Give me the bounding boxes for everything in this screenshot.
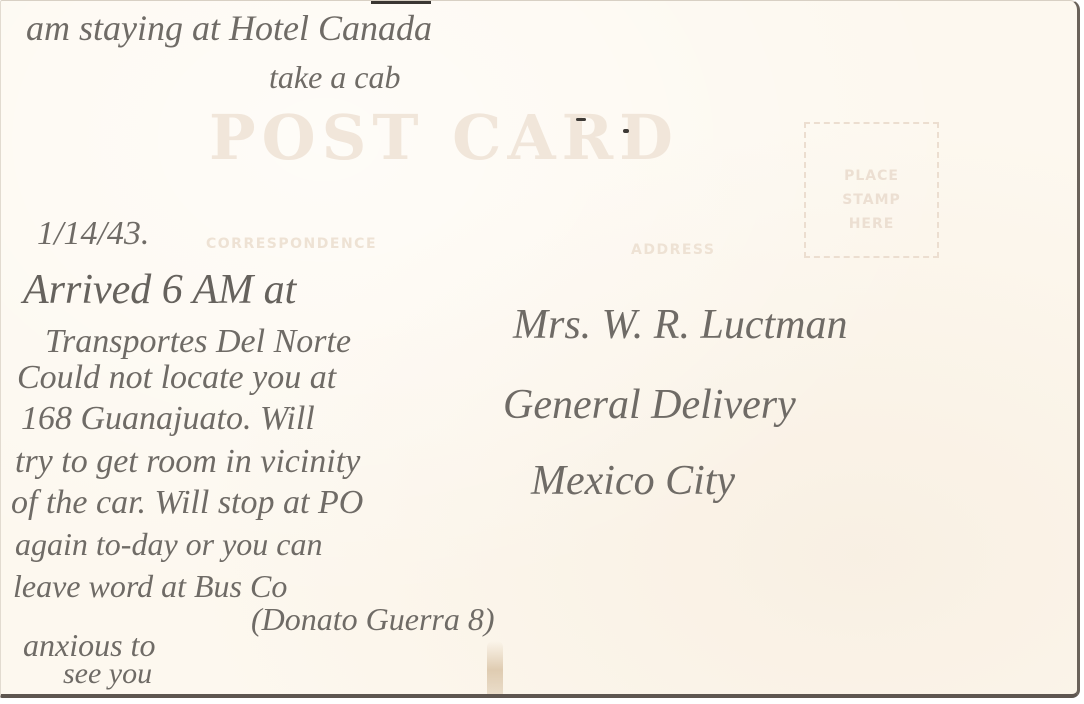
ink-speck (623, 129, 629, 133)
ink-speck (576, 118, 586, 121)
recipient-name: Mrs. W. R. Luctman (513, 301, 847, 349)
message-line: again to-day or you can (15, 526, 323, 563)
recipient-city: Mexico City (531, 457, 735, 505)
message-line: Could not locate you at (17, 359, 336, 397)
message-line: Arrived 6 AM at (23, 266, 296, 314)
recipient-address-line: General Delivery (503, 381, 796, 429)
address-label: ADDRESS (631, 242, 715, 258)
stamp-text-line: STAMP (806, 192, 937, 208)
header-note-line: am staying at Hotel Canada (26, 7, 432, 49)
postcard-title: POST CARD (209, 101, 679, 174)
correspondence-label: CORRESPONDENCE (206, 236, 377, 252)
message-line: Transportes Del Norte (45, 323, 351, 361)
message-line: of the car. Will stop at PO (11, 484, 363, 522)
edge-smudge (371, 1, 431, 4)
message-date: 1/14/43. (37, 215, 149, 253)
stamp-text-line: HERE (806, 216, 937, 232)
message-line: 168 Guanajuato. Will (21, 400, 315, 438)
header-note-line: take a cab (269, 59, 401, 96)
water-stain (487, 641, 503, 698)
message-line: leave word at Bus Co (13, 568, 287, 605)
message-line: see you (63, 657, 152, 691)
postcard-back: POST CARD CORRESPONDENCE ADDRESS PLACE S… (0, 0, 1080, 698)
message-line: try to get room in vicinity (15, 443, 360, 481)
stamp-box: PLACE STAMP HERE (804, 122, 939, 258)
stamp-text-line: PLACE (806, 168, 937, 184)
message-line: (Donato Guerra 8) (251, 601, 495, 638)
